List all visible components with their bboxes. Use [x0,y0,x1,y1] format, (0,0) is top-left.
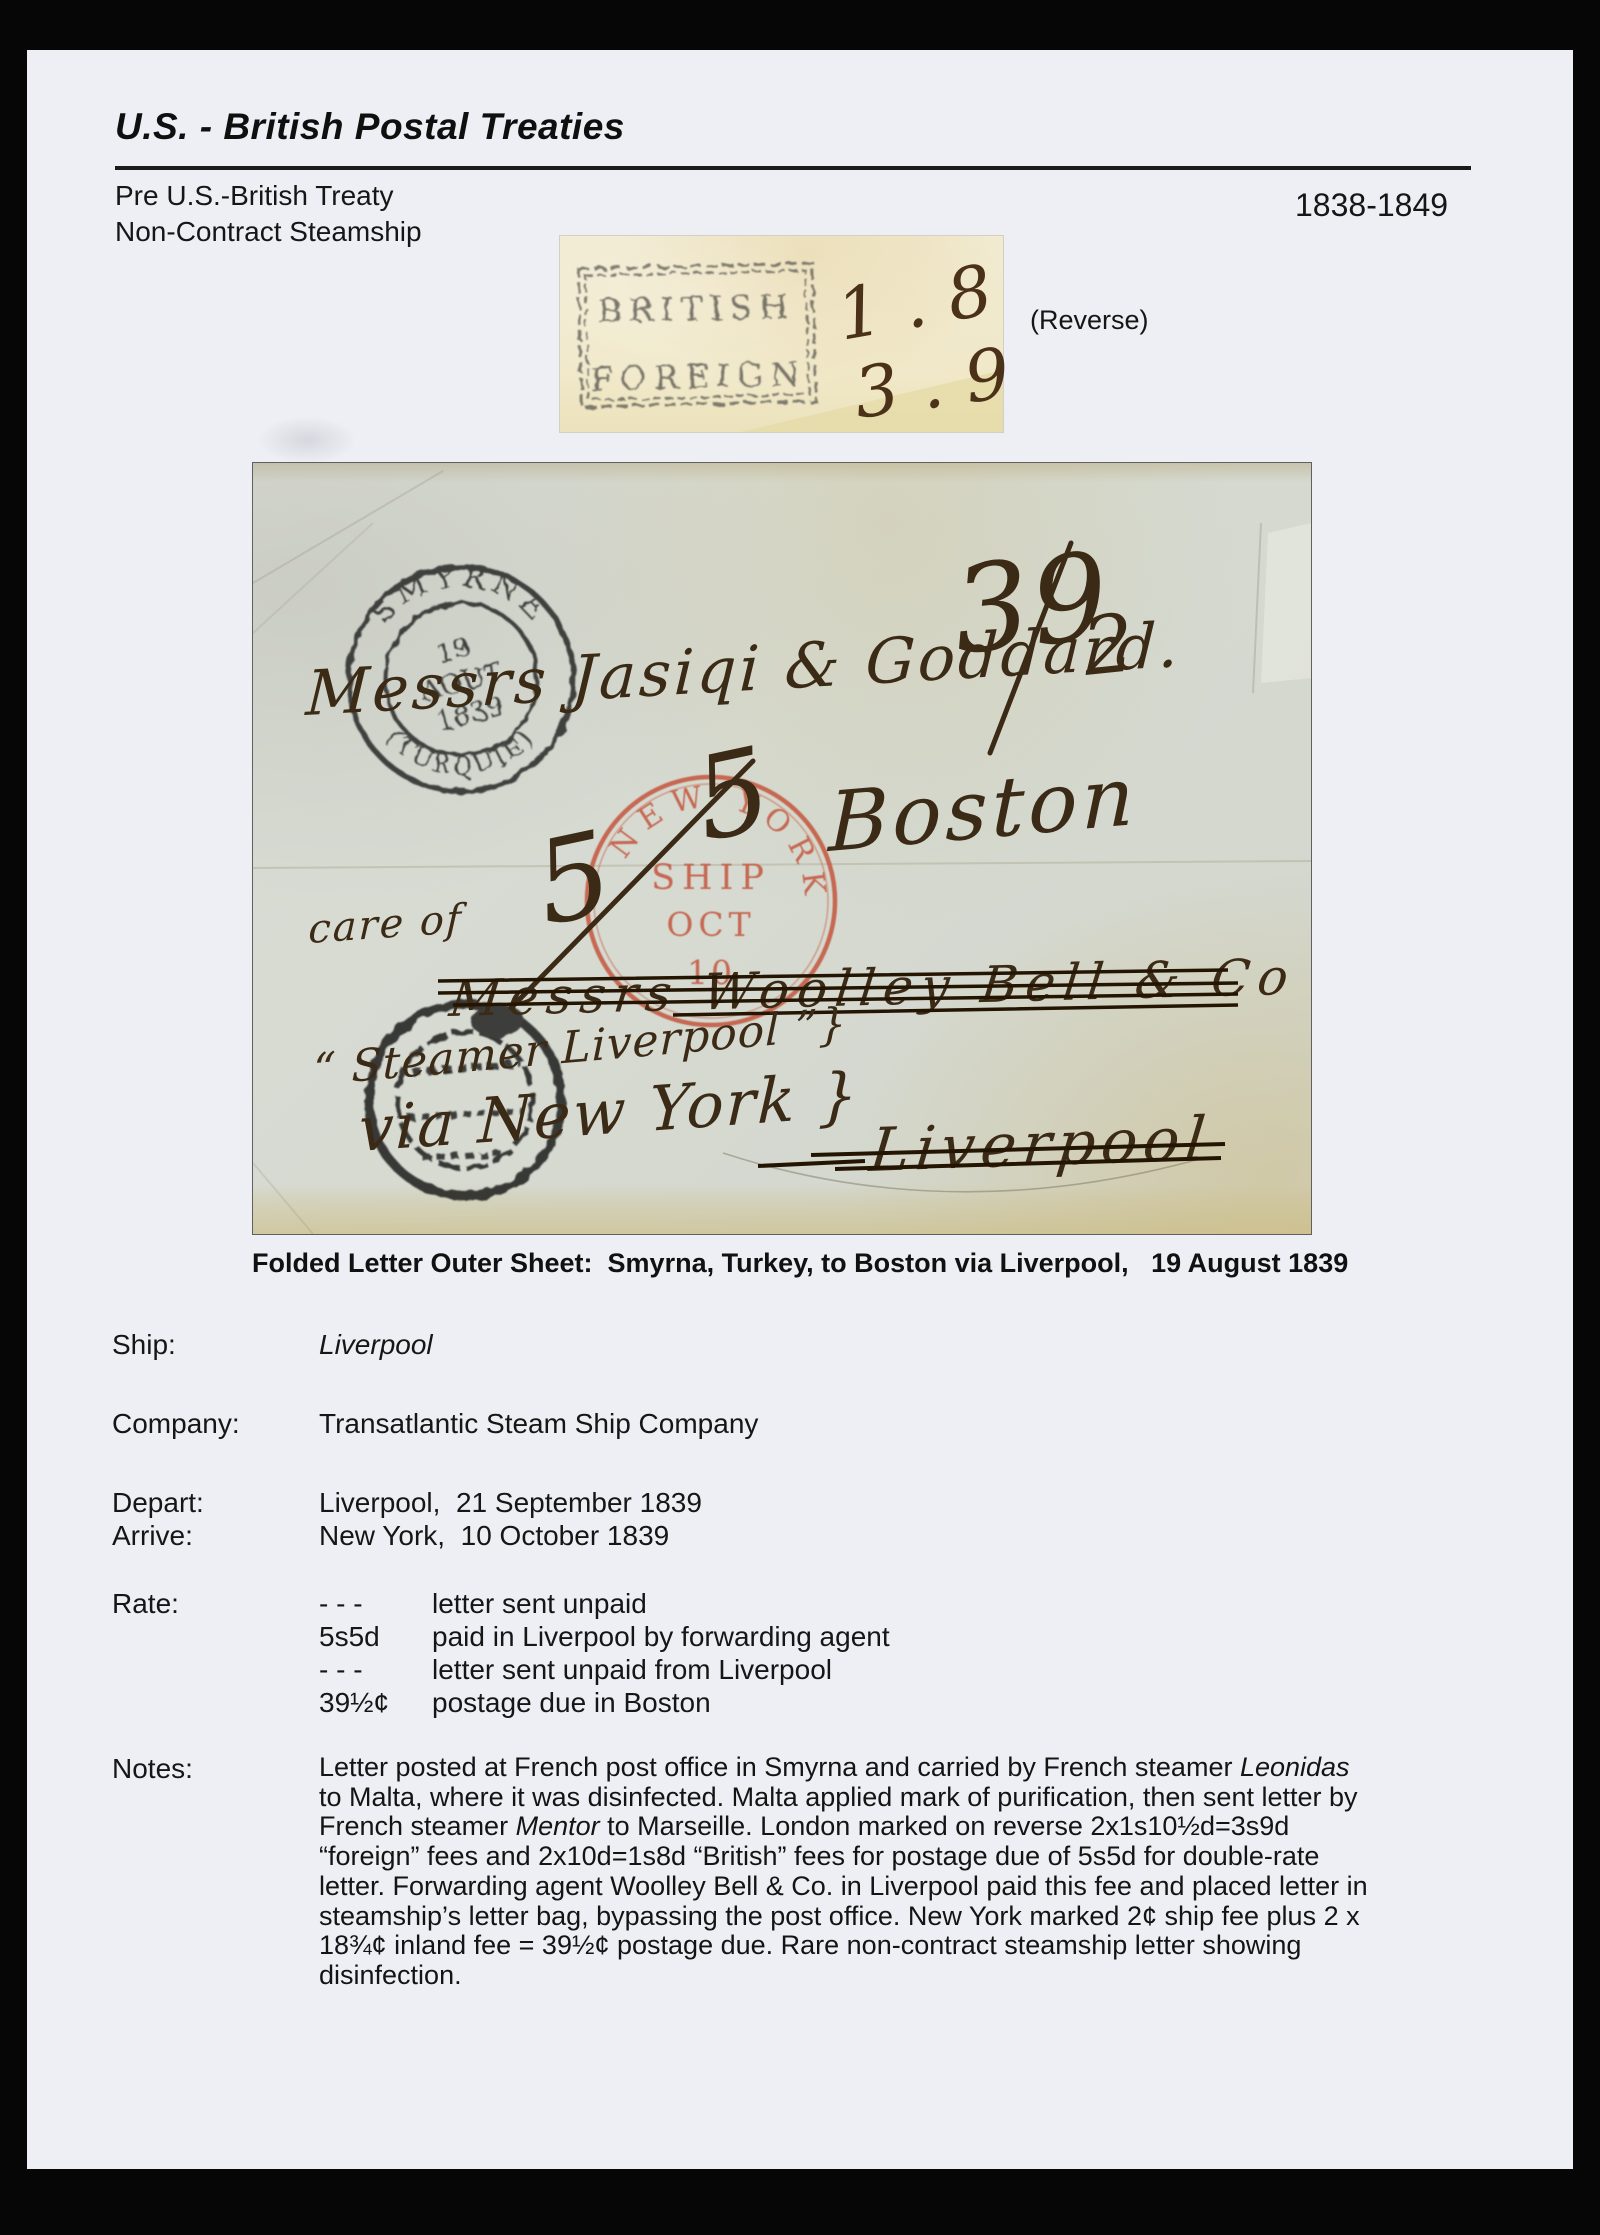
notes-line: to Malta, where it was disinfected. Malt… [319,1783,1368,1813]
arrive-value: New York, 10 October 1839 [319,1520,669,1552]
handstamp-line1: BRITISH [597,287,796,331]
manuscript-5s-top: 5 [683,722,782,868]
notes-line: letter. Forwarding agent Woolley Bell & … [319,1872,1368,1902]
scanned-exhibit-page: U.S. - British Postal Treaties Pre U.S.-… [0,0,1600,2235]
rate-desc-4: postage due in Boston [432,1687,711,1719]
company-value: Transatlantic Steam Ship Company [319,1408,758,1440]
company-label: Company: [112,1408,240,1440]
rate-desc-1: letter sent unpaid [432,1588,647,1620]
album-page: U.S. - British Postal Treaties Pre U.S.-… [27,50,1573,2169]
smyrne-arc-top: SMYRNE [365,559,557,631]
cover-caption: Folded Letter Outer Sheet: Smyrna, Turke… [252,1248,1310,1279]
fragment-artwork: BRITISH FOREIGN 1 . 8 3 . 9 [560,236,1003,432]
notes-line: steamship’s letter bag, bypassing the po… [319,1902,1368,1932]
notes-label: Notes: [112,1753,193,1785]
notes-paragraph: Letter posted at French post office in S… [319,1753,1368,1991]
fragment-manuscript-rates: 1 . 8 3 . 9 [831,249,1015,435]
date-range: 1838-1849 [1295,187,1448,224]
subtitle-line1: Pre U.S.-British Treaty [115,180,394,212]
rate-code-3: - - - [319,1654,363,1686]
notes-line: 18¾¢ inland fee = 39½¢ postage due. Rare… [319,1931,1368,1961]
notes-line: Letter posted at French post office in S… [319,1753,1368,1783]
page-title: U.S. - British Postal Treaties [115,106,625,148]
notes-line: French steamer Mentor to Marseille. Lond… [319,1812,1368,1842]
british-foreign-handstamp: BRITISH FOREIGN [578,263,816,407]
notes-line: “foreign” fees and 2x10d=1s8d “British” … [319,1842,1368,1872]
depart-label: Depart: [112,1487,204,1519]
ny-month: OCT [666,905,755,944]
rate-code-2: 5s5d [319,1621,380,1653]
handstamp-line2: FOREIGN [590,354,807,399]
svg-text:SMYRNE: SMYRNE [365,559,557,631]
cover-image: SMYRNE (TURQUIE) 19 AOUT 1839 [252,462,1312,1235]
subtitle-line2: Non-Contract Steamship [115,216,422,248]
cover-artwork: SMYRNE (TURQUIE) 19 AOUT 1839 [253,463,1311,1234]
manuscript-addressee: Messrs Jasiqi & Goddard. [303,608,1183,730]
page-smudge [257,416,357,464]
reverse-label: (Reverse) [1030,305,1149,336]
ship-label: Ship: [112,1329,176,1361]
manuscript-boston: Boston [826,749,1139,872]
rate-label: Rate: [112,1588,179,1620]
depart-value: Liverpool, 21 September 1839 [319,1487,702,1519]
reverse-fragment-image: BRITISH FOREIGN 1 . 8 3 . 9 [560,236,1003,432]
rate-desc-3: letter sent unpaid from Liverpool [432,1654,832,1686]
rate-code-4: 39½¢ [319,1687,389,1719]
rate-desc-2: paid in Liverpool by forwarding agent [432,1621,890,1653]
arrive-label: Arrive: [112,1520,193,1552]
manuscript-care-of: care of [308,896,468,953]
ship-value: Liverpool [319,1329,433,1361]
title-rule [115,166,1471,170]
rate-code-1: - - - [319,1588,363,1620]
notes-line: disinfection. [319,1961,1368,1991]
